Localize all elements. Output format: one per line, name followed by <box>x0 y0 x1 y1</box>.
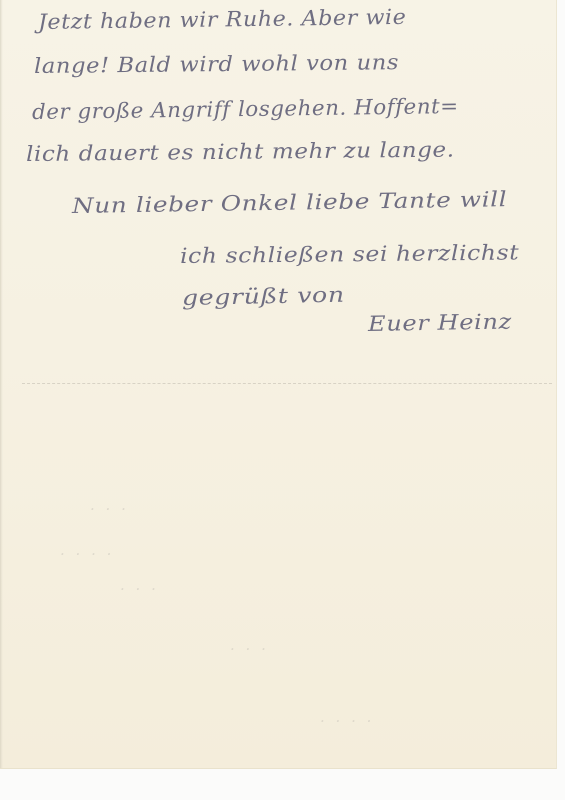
closing-greeting: gegrüßt von <box>182 283 345 310</box>
show-through-mark: · · · · <box>60 545 114 563</box>
letter-line-5: Nun lieber Onkel liebe Tante will <box>72 187 508 218</box>
show-through-mark: · · · · <box>320 712 374 730</box>
show-through-mark: · · · <box>230 640 269 658</box>
letter-paper: Jetzt haben wir Ruhe. Aber wie lange! Ba… <box>0 0 557 769</box>
letter-line-2: lange! Bald wird wohl von uns <box>34 50 399 78</box>
show-through-mark: · · · <box>120 580 159 598</box>
document-page: Jetzt haben wir Ruhe. Aber wie lange! Ba… <box>0 0 565 800</box>
letter-line-1: Jetzt haben wir Ruhe. Aber wie <box>38 5 407 34</box>
letter-line-6: ich schließen sei herzlichst <box>180 240 519 268</box>
signature: Euer Heinz <box>368 309 512 336</box>
show-through-mark: · · · <box>90 500 129 518</box>
fold-line <box>22 383 552 384</box>
letter-line-3: der große Angriff losgehen. Hoffent= <box>32 94 459 124</box>
letter-line-4: lich dauert es nicht mehr zu lange. <box>26 138 455 166</box>
